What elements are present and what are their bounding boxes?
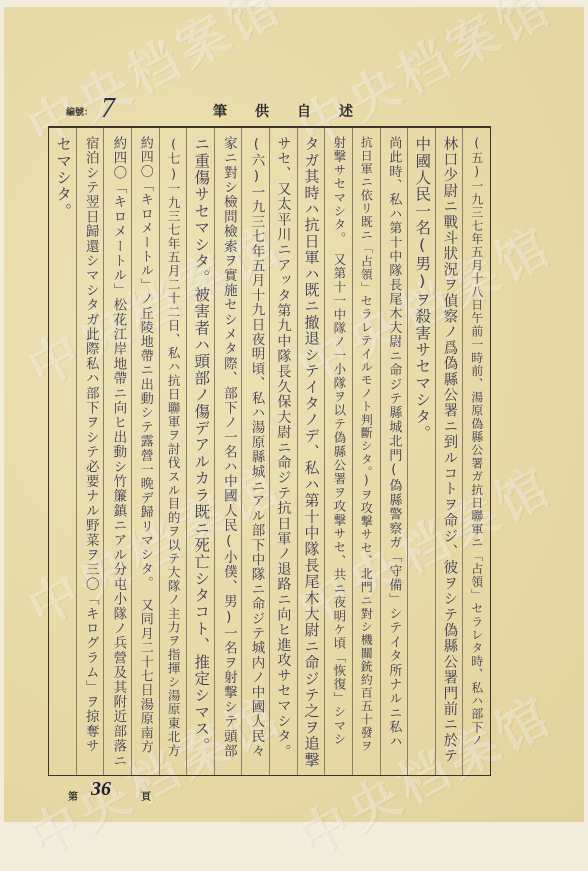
manuscript-column: 尚此時、私ハ第十中隊長尾木大尉ニ命ジテ縣城北門(偽縣警察ガ「守備」シテイタ所ナル… <box>380 128 408 775</box>
handwritten-line: (六)一九三七年五月十九日夜明頃、私ハ湯原縣城ニアル部下中隊ニ命ジテ城内ノ中國人… <box>249 136 263 758</box>
handwritten-line: 尚此時、私ハ第十中隊長尾木大尉ニ命ジテ縣城北門(偽縣警察ガ「守備」シテイタ所ナル… <box>387 136 400 749</box>
handwritten-line: セマシタ。 <box>55 136 71 220</box>
manuscript-grid: (五)一九三七年五月十八日午前一時前、湯原偽縣公署ガ抗日聯軍ニ「占領」セラレタ時… <box>48 126 491 776</box>
manuscript-column: ニ重傷サセマシタ。被害者ハ頭部ノ傷デアルカラ既ニ死亡シタコト、推定シマス。 <box>186 128 214 775</box>
handwritten-line: (七)一九三七年五月二十二日、私ハ抗日聯軍ヲ討伐スル目的ヲ以テ大隊ノ主力ヲ指揮シ… <box>167 136 180 758</box>
handwritten-line: 宿泊シテ翌日歸還シマシタガ此際私ハ部下ヲシテ必要ナル野菜ヲ三〇「キログラム」ヲ掠… <box>83 136 97 753</box>
handwritten-line: 約四〇「キロメートル」松花江岸地帶ニ向ヒ出動シ竹簾鎮ニアル分屯小隊ノ兵營及其附近… <box>111 136 125 768</box>
manuscript-column: 射撃サセマシタ。 又第十一中隊ノ一小隊ヲ以テ偽縣公署ヲ攻撃サセ、共ニ夜明ケ頃「恢… <box>324 128 352 775</box>
manuscript-column: 家ニ對シ檢問檢索ヲ實施セシメタ際、部下ノ一名ハ中國人民(小僕、男)一名ヲ射撃シテ… <box>214 128 242 775</box>
manuscript-column: 抗日軍ニ依リ既ニ「占領」セラレテイルモノト判斷シタ。)ヲ攻撃サセ、北門ニ對シ機關… <box>352 128 380 775</box>
manuscript-column: 約四〇「キロメートル」松花江岸地帶ニ向ヒ出動シ竹簾鎮ニアル分屯小隊ノ兵營及其附近… <box>103 128 131 775</box>
handwritten-line: サセ、又太平川ニアッタ第九中隊長久保大尉ニ命ジテ抗日軍ノ退路ニ向ヒ進攻サセマシタ… <box>276 136 290 759</box>
handwritten-line: (五)一九三七年五月十八日午前一時前、湯原偽縣公署ガ抗日聯軍ニ「占領」セラレタ時… <box>471 136 483 747</box>
page-number: 36 <box>91 778 111 801</box>
handwritten-line: 家ニ對シ檢問檢索ヲ實施セシメタ際、部下ノ一名ハ中國人民(小僕、男)一名ヲ射撃シテ… <box>221 136 235 758</box>
handwritten-line: 射撃サセマシタ。 又第十一中隊ノ一小隊ヲ以テ偽縣公署ヲ攻撃サセ、共ニ夜明ケ頃「恢… <box>332 136 345 746</box>
serial-number-value: 7 <box>101 93 115 125</box>
manuscript-column: セマシタ。 <box>49 128 76 775</box>
manuscript-column: サセ、又太平川ニアッタ第九中隊長久保大尉ニ命ジテ抗日軍ノ退路ニ向ヒ進攻サセマシタ… <box>269 128 297 775</box>
manuscript-column: タガ其時ハ抗日軍ハ既ニ撤退シテイタノデ、私ハ第十中隊長尾木大尉ニ命ジテ之ヲ追撃 <box>297 128 325 775</box>
page-prefix: 第 <box>68 788 78 803</box>
manuscript-column: 林口少尉ニ戰斗狀況ヲ偵察ノ爲偽縣公署ニ到ルコトヲ命ジ、彼ヲシテ偽縣公署門前ニ於テ <box>435 128 463 775</box>
manuscript-column: 宿泊シテ翌日歸還シマシタガ此際私ハ部下ヲシテ必要ナル野菜ヲ三〇「キログラム」ヲ掠… <box>76 128 104 775</box>
manuscript-column: (七)一九三七年五月二十二日、私ハ抗日聯軍ヲ討伐スル目的ヲ以テ大隊ノ主力ヲ指揮シ… <box>159 128 187 775</box>
handwritten-line: タガ其時ハ抗日軍ハ既ニ撤退シテイタノデ、私ハ第十中隊長尾木大尉ニ命ジテ之ヲ追撃 <box>303 136 318 768</box>
manuscript-column: 中國人民一名(男)ヲ殺害サセマシタ。 <box>407 128 435 775</box>
handwritten-line: 約四〇「キロメートル」ノ丘陵地帶ニ出動シテ露營一晩デ歸リマシタ。 又同月二十七日… <box>139 136 152 754</box>
handwritten-line: 中國人民一名(男)ヲ殺害サセマシタ。 <box>414 136 430 442</box>
manuscript-column: 約四〇「キロメートル」ノ丘陵地帶ニ出動シテ露營一晩デ歸リマシタ。 又同月二十七日… <box>131 128 159 775</box>
serial-number-label: 編號： <box>66 105 93 118</box>
page-suffix: 頁 <box>141 788 151 803</box>
manuscript-column: (五)一九三七年五月十八日午前一時前、湯原偽縣公署ガ抗日聯軍ニ「占領」セラレタ時… <box>462 128 490 775</box>
manuscript-column: (六)一九三七年五月十九日夜明頃、私ハ湯原縣城ニアル部下中隊ニ命ジテ城内ノ中國人… <box>241 128 269 775</box>
handwritten-line: 抗日軍ニ依リ既ニ「占領」セラレテイルモノト判斷シタ。)ヲ攻撃サセ、北門ニ對シ機關… <box>360 136 372 752</box>
handwritten-line: 林口少尉ニ戰斗狀況ヲ偵察ノ爲偽縣公署ニ到ルコトヲ命ジ、彼ヲシテ偽縣公署門前ニ於テ <box>442 136 457 764</box>
document-title: 述自供筆 <box>213 101 381 121</box>
handwritten-line: ニ重傷サセマシタ。被害者ハ頭部ノ傷デアルカラ既ニ死亡シタコト、推定シマス。 <box>193 136 209 754</box>
